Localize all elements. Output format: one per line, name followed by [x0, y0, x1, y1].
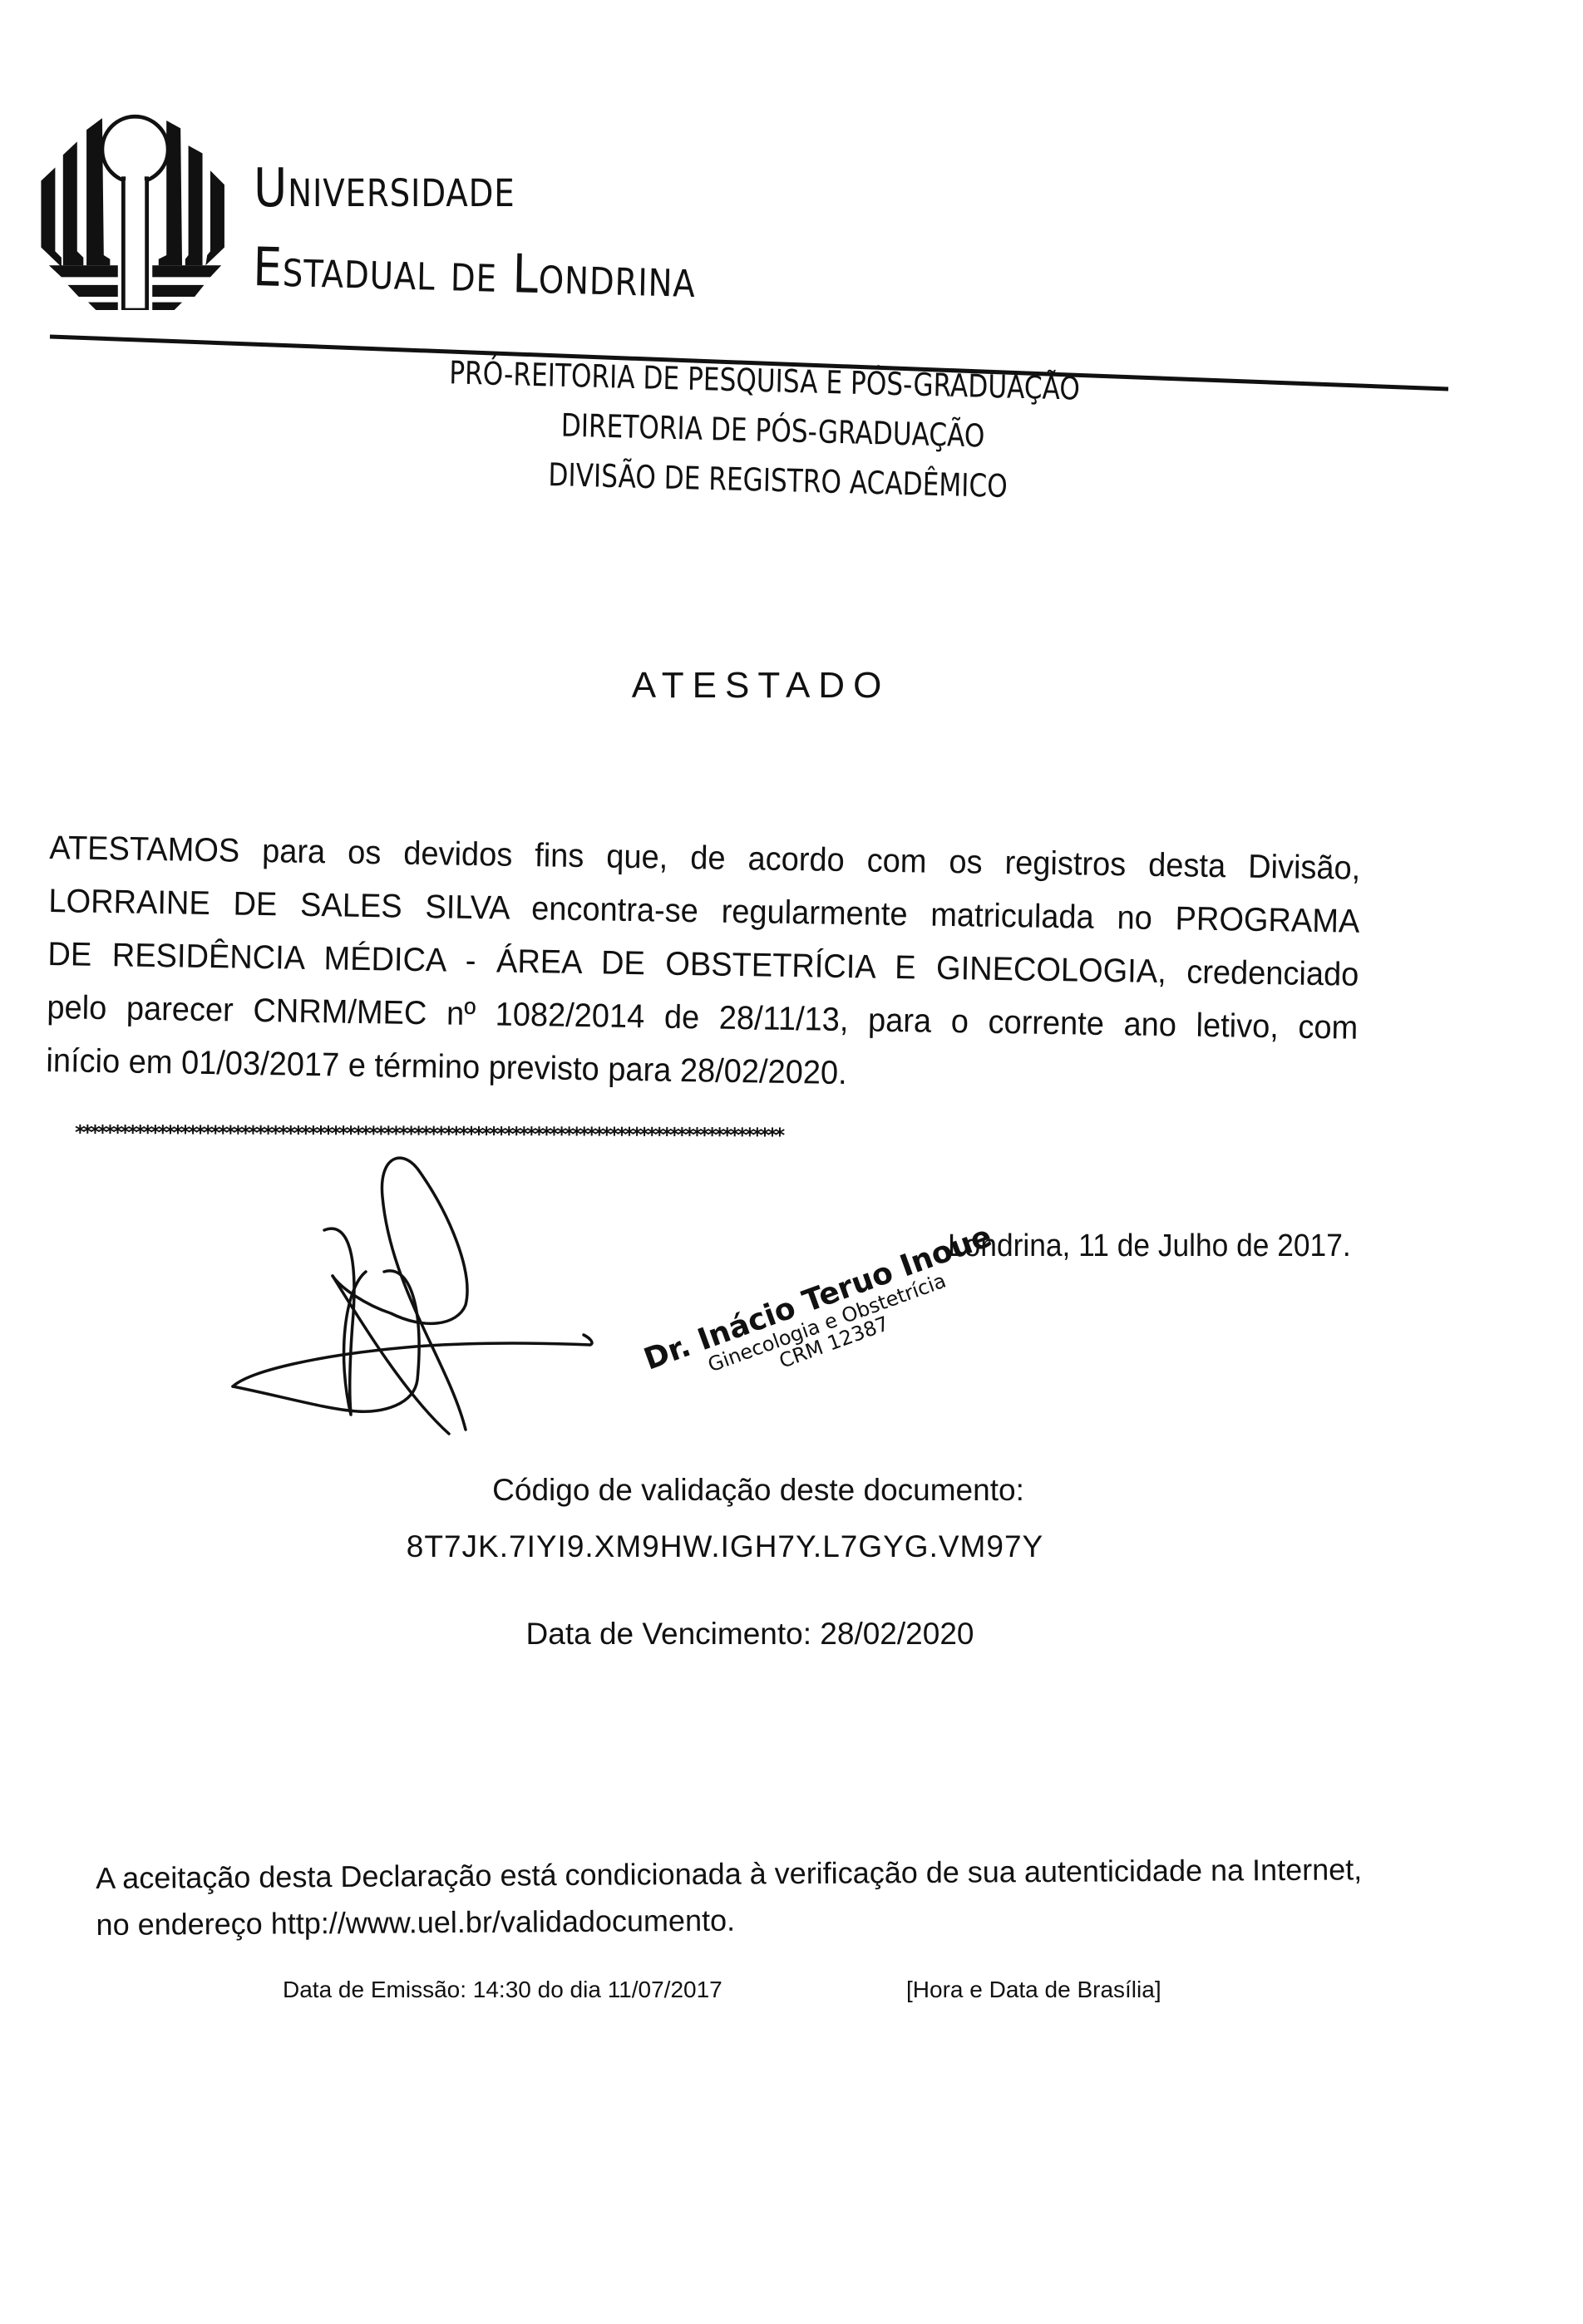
- authenticity-notice: A aceitação desta Declaração está condic…: [96, 1846, 1393, 1948]
- attestation-body: ATESTAMOS para os devidos fins que, de a…: [46, 821, 1361, 1108]
- timezone-note: [Hora e Data de Brasília]: [906, 1977, 1161, 2003]
- handwritten-signature-icon: [200, 1147, 831, 1446]
- emission-datetime: Data de Emissão: 14:30 do dia 11/07/2017: [283, 1977, 722, 2003]
- department-line-divisao: DIVISÃO DE REGISTRO ACADÊMICO: [368, 451, 1187, 509]
- document-title: ATESTADO: [511, 665, 1010, 707]
- place-and-date: Londrina, 11 de Julho de 2017.: [948, 1228, 1351, 1264]
- asterisk-separator: ****************************************…: [75, 1120, 1413, 1150]
- due-date: Data de Vencimento: 28/02/2020: [0, 1617, 1541, 1652]
- validation-code: 8T7JK.7IYI9.XM9HW.IGH7Y.L7GYG.VM97Y: [0, 1529, 1516, 1564]
- validation-code-label: Código de validação deste documento:: [0, 1473, 1550, 1508]
